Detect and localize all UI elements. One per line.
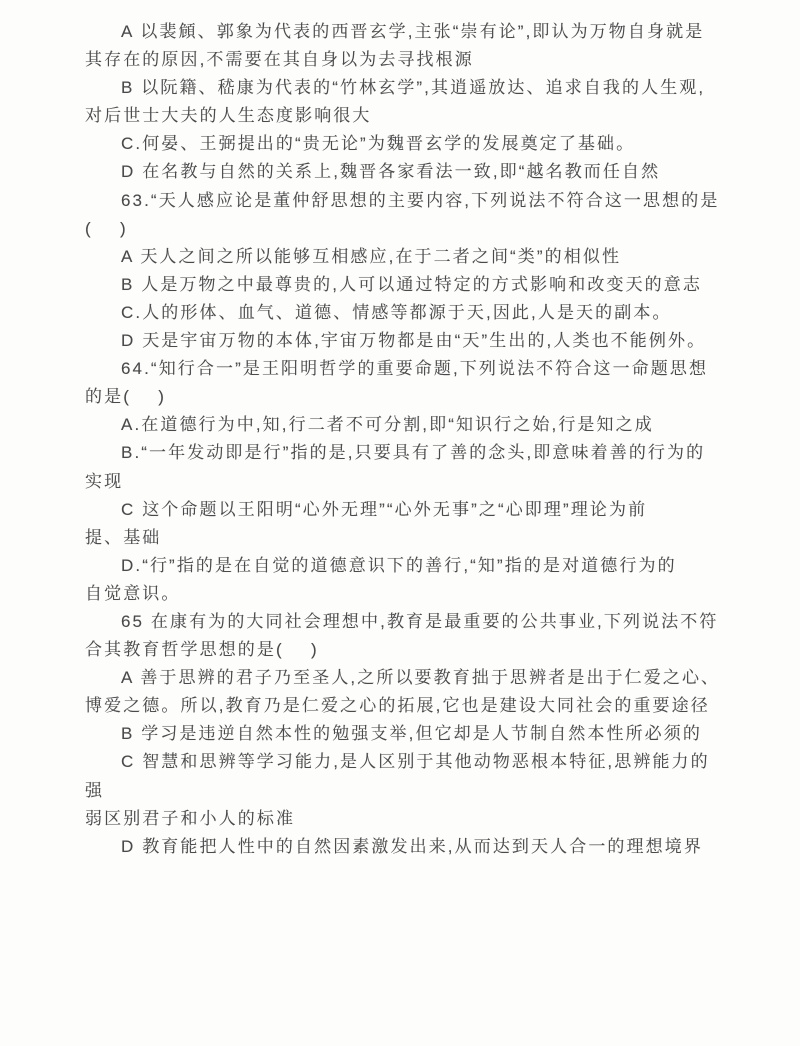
text-line: D 教育能把人性中的自然因素激发出来,从而达到天人合一的理想境界 bbox=[85, 833, 721, 861]
document-page: A 以裴頠、郭象为代表的西晋玄学,主张“崇有论”,即认为万物自身就是其存在的原因… bbox=[0, 0, 800, 1046]
text-line: 64.“知行合一”是王阳明哲学的重要命题,下列说法不符合这一命题思想 bbox=[85, 355, 721, 383]
text-line: B 学习是违逆自然本性的勉强支举,但它却是人节制自然本性所必须的 bbox=[85, 720, 721, 748]
text-line: C 这个命题以王阳明“心外无理”“心外无事”之“心即理”理论为前 bbox=[85, 496, 721, 524]
text-line: C.何晏、王弼提出的“贵无论”为魏晋玄学的发展奠定了基础。 bbox=[85, 130, 721, 158]
text-line: 其存在的原因,不需要在其自身以为去寻找根源 bbox=[85, 46, 721, 74]
text-line: C.人的形体、血气、道德、情感等都源于天,因此,人是天的副本。 bbox=[85, 299, 721, 327]
text-line: C 智慧和思辨等学习能力,是人区别于其他动物恶根本特征,思辨能力的强 bbox=[85, 748, 721, 804]
text-line: 65 在康有为的大同社会理想中,教育是最重要的公共事业,下列说法不符 bbox=[85, 608, 721, 636]
text-line: A 天人之间之所以能够互相感应,在于二者之间“类”的相似性 bbox=[85, 243, 721, 271]
text-line: 对后世士大夫的人生态度影响很大 bbox=[85, 102, 721, 130]
text-line: 提、基础 bbox=[85, 524, 721, 552]
text-line: 的是( ) bbox=[85, 383, 721, 411]
text-line: B 以阮籍、嵇康为代表的“竹林玄学”,其逍遥放达、追求自我的人生观, bbox=[85, 74, 721, 102]
text-line: D 在名教与自然的关系上,魏晋各家看法一致,即“越名教而任自然 bbox=[85, 158, 721, 186]
text-line: A.在道德行为中,知,行二者不可分割,即“知识行之始,行是知之成 bbox=[85, 411, 721, 439]
text-line: 合其教育哲学思想的是( ) bbox=[85, 636, 721, 664]
text-line: ( ) bbox=[85, 215, 721, 243]
text-line: 63.“天人感应论是董仲舒思想的主要内容,下列说法不符合这一思想的是 bbox=[85, 187, 721, 215]
text-line: 自觉意识。 bbox=[85, 580, 721, 608]
text-line: A 以裴頠、郭象为代表的西晋玄学,主张“崇有论”,即认为万物自身就是 bbox=[85, 18, 721, 46]
text-line: 博爱之德。所以,教育乃是仁爱之心的拓展,它也是建设大同社会的重要途径 bbox=[85, 692, 721, 720]
text-line: A 善于思辨的君子乃至圣人,之所以要教育拙于思辨者是出于仁爱之心、 bbox=[85, 664, 721, 692]
text-line: B.“一年发动即是行”指的是,只要具有了善的念头,即意味着善的行为的 bbox=[85, 439, 721, 467]
text-line: B 人是万物之中最尊贵的,人可以通过特定的方式影响和改变天的意志 bbox=[85, 271, 721, 299]
text-line: 弱区别君子和小人的标准 bbox=[85, 805, 721, 833]
text-line: D.“行”指的是在自觉的道德意识下的善行,“知”指的是对道德行为的 bbox=[85, 552, 721, 580]
text-line: 实现 bbox=[85, 468, 721, 496]
text-block: A 以裴頠、郭象为代表的西晋玄学,主张“崇有论”,即认为万物自身就是其存在的原因… bbox=[85, 18, 721, 861]
text-line: D 天是宇宙万物的本体,宇宙万物都是由“天”生出的,人类也不能例外。 bbox=[85, 327, 721, 355]
